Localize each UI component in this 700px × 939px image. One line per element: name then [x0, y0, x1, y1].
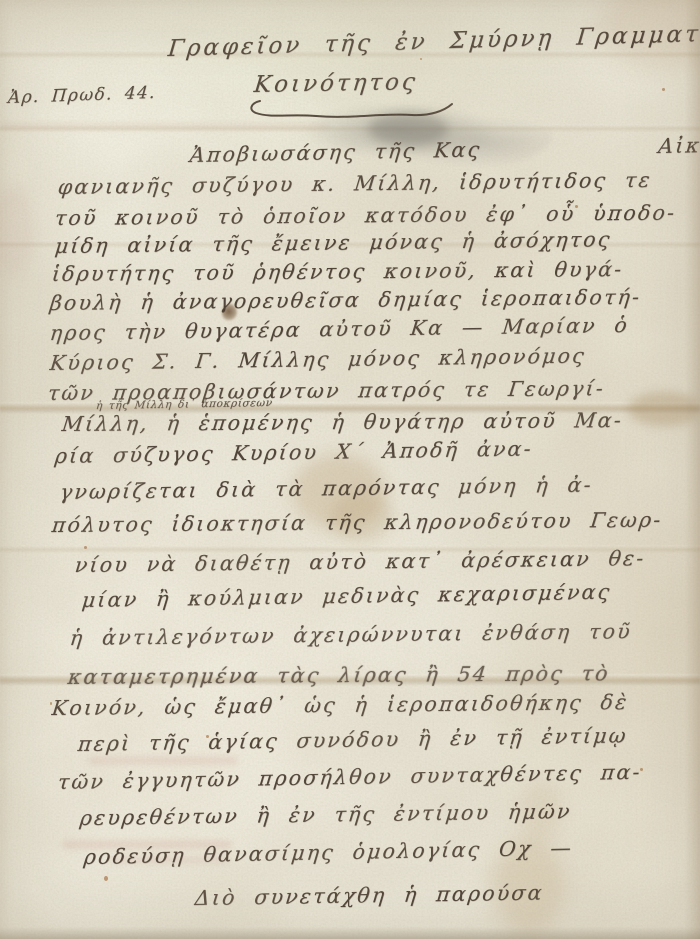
fold-crease: [0, 124, 700, 132]
body-line: ρευρεθέντων ἢ ἐν τῆς ἐντίμου ἡμῶν: [79, 801, 573, 828]
bleed-through-mark: [88, 756, 238, 765]
header-title-line2: Κοινότητος: [253, 71, 419, 97]
header-title-line1: Γραφεῖον τῆς ἐν Σμύρνῃ Γραμματικῆς: [167, 21, 700, 61]
underline-flourish: [246, 97, 456, 123]
speckle: [104, 876, 108, 881]
body-line: βουλὴ ἡ ἀναγορευθεῖσα δημίας ἱεροπαιδοτή…: [49, 287, 643, 314]
body-line: Ἀποβιωσάσης τῆς Κας Αἰκατερίνης: [189, 133, 700, 165]
body-line: ρία σύζυγος Κυρίου Χ΄ Ἀποδῆ ἀνα-: [54, 438, 534, 466]
speckle: [420, 58, 422, 60]
body-line: μίδη αἰνία τῆς ἔμεινε μόνας ἡ ἀσόχητος: [54, 229, 613, 256]
fold-crease: [0, 122, 330, 130]
body-line: Κύριος Σ. Γ. Μίλλης μόνος κληρονόμος: [49, 345, 587, 373]
letter-page: Γραφεῖον τῆς ἐν Σμύρνῃ Γραμματικῆς Κοινό…: [0, 0, 700, 939]
stain-tan: [628, 392, 700, 426]
closing-line: Διὸ συνετάχθη ἡ παρούσα: [194, 883, 545, 909]
bleed-through-mark: [0, 185, 35, 275]
speckle: [84, 546, 87, 549]
body-line: περὶ τῆς ἁγίας συνόδου ἢ ἐν τῇ ἐντίμῳ: [77, 725, 629, 754]
body-line: τοῦ κοινοῦ τὸ ὁποῖον κατόδου ἐφ᾽ οὗ ὑποδ…: [54, 203, 678, 229]
body-line: ροδεύσῃ θανασίμης ὁμολογίας Οχ —: [83, 838, 574, 868]
body-line: νίου νὰ διαθέτῃ αὐτὸ κατ᾽ ἀρέσκειαν θε-: [74, 548, 647, 575]
interlinear-note: ἡ τῆς Μίλλη δι᾽ ἀποκρίσεων: [95, 398, 273, 412]
body-line: Κοινόν, ὡς ἔμαθ᾽ ὡς ἡ ἱεροπαιδοθήκης δὲ: [51, 692, 630, 719]
body-line: γνωρίζεται διὰ τὰ παρόντας μόνη ἡ ἀ-: [59, 475, 594, 503]
body-line: ηρος τὴν θυγατέρα αὐτοῦ Κα — Μαρίαν ὁ: [49, 315, 630, 344]
speckle: [662, 88, 665, 91]
body-line: Μίλλη, ἡ ἑπομένης ἡ θυγάτηρ αὐτοῦ Μα-: [61, 410, 624, 434]
body-line: ἡ ἀντιλεγόντων ἀχειρώννυται ἐνθάση τοῦ: [69, 621, 633, 648]
body-line: πόλυτος ἰδιοκτησία τῆς κληρονοδεύτου Γεω…: [51, 510, 664, 536]
body-line: τῶν ἐγγυητῶν προσήλθον συνταχθέντες πα-: [57, 762, 643, 793]
protocol-number: Ἀρ. Πρωδ. 44.: [7, 85, 156, 107]
body-line: μίαν ἢ κούλμιαν μεδινὰς κεχαρισμένας: [81, 582, 613, 611]
body-line: καταμετρημένα τὰς λίρας ἢ 54 πρὸς τὸ: [67, 663, 611, 687]
body-line: ἱδρυτήτης τοῦ ῥηθέντος κοινοῦ, καὶ θυγά-: [51, 259, 625, 285]
paper-edge-shadow: [0, 927, 700, 939]
body-line: φανιανῆς συζύγου κ. Μίλλη, ἱδρυτήτιδος τ…: [57, 170, 653, 198]
